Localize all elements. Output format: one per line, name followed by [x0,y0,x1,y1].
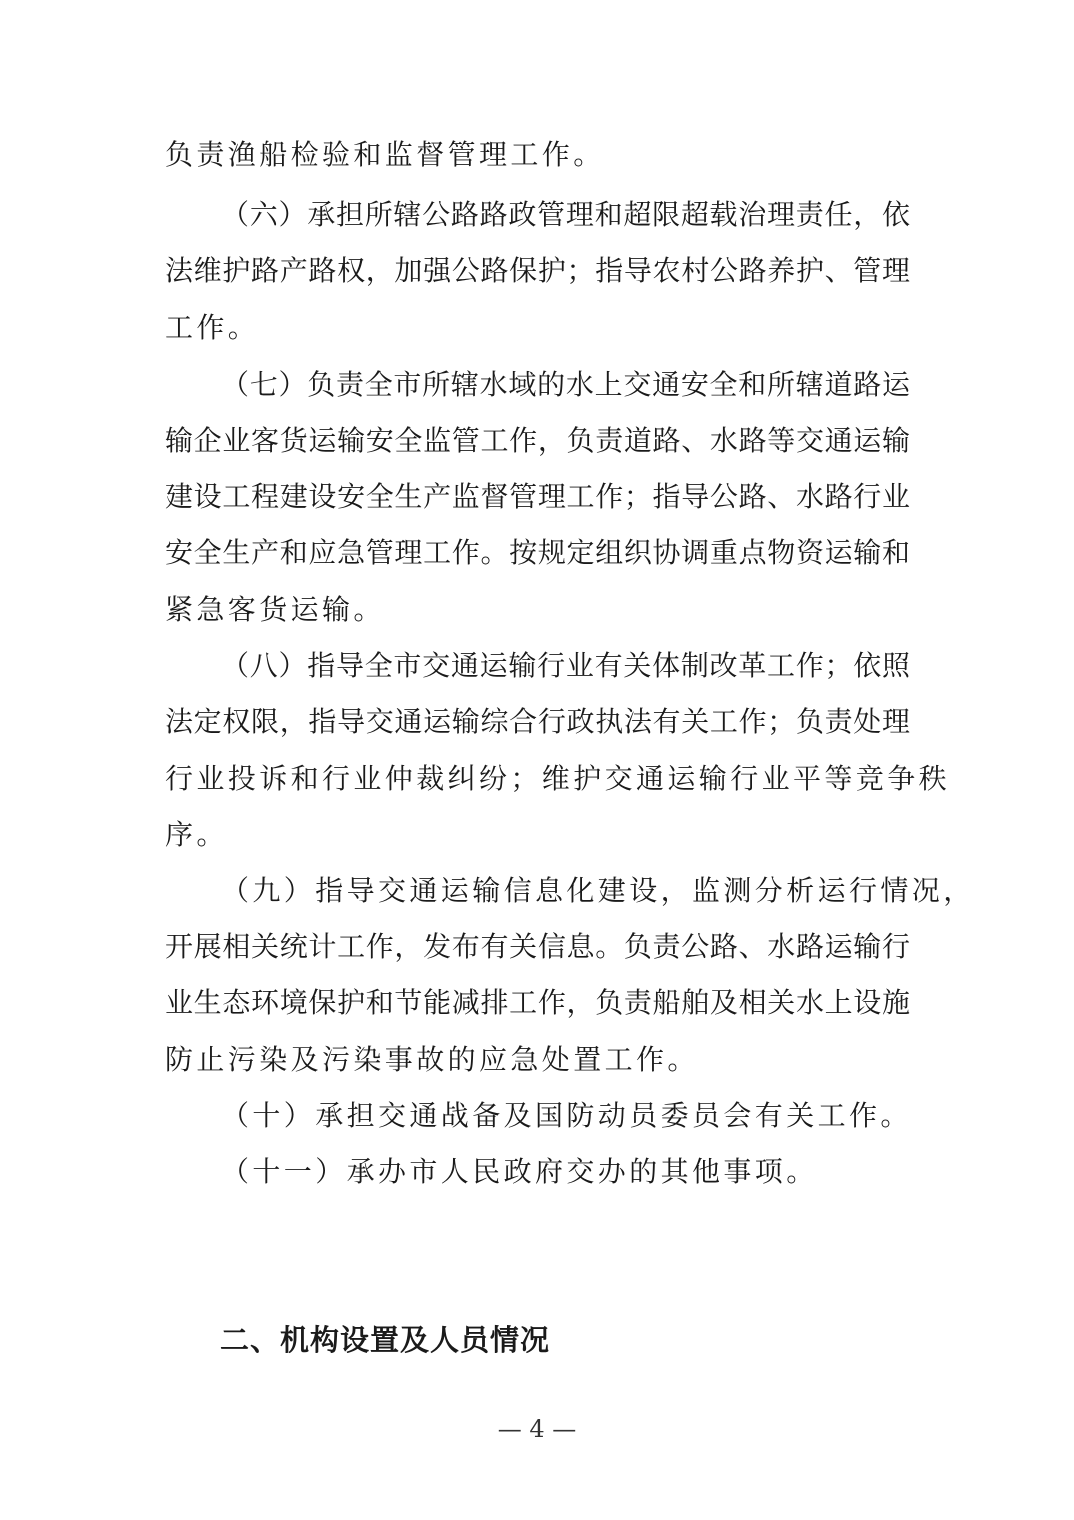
text-line: 开展相关统计工作，发布有关信息。负责公路、水路运输行 [165,929,910,965]
text-line: 序。 [165,817,910,853]
text-line: 防止污染及污染事故的应急处置工作。 [165,1042,910,1078]
text-line: 行业投诉和行业仲裁纠纷；维护交通运输行业平等竞争秩 [165,761,910,797]
text-line: 法维护路产路权，加强公路保护；指导农村公路养护、管理 [165,253,910,289]
text-line: 建设工程建设安全生产监督管理工作；指导公路、水路行业 [165,479,910,515]
text-line: 安全生产和应急管理工作。按规定组织协调重点物资运输和 [165,535,910,571]
section-heading: 二、机构设置及人员情况 [220,1322,550,1358]
text-line: （十一）承办市人民政府交办的其他事项。 [221,1154,910,1190]
text-line: 紧急客货运输。 [165,592,910,628]
text-line: 业生态环境保护和节能减排工作，负责船舶及相关水上设施 [165,985,910,1021]
text-line: （七）负责全市所辖水域的水上交通安全和所辖道路运 [221,367,910,403]
page-number: — 4 — [0,1414,1074,1444]
text-line: （十）承担交通战备及国防动员委员会有关工作。 [221,1098,910,1134]
text-line: （八）指导全市交通运输行业有关体制改革工作；依照 [221,648,910,684]
text-line: （九）指导交通运输信息化建设，监测分析运行情况， [221,873,910,909]
text-line: 输企业客货运输安全监管工作，负责道路、水路等交通运输 [165,423,910,459]
text-line: （六）承担所辖公路路政管理和超限超载治理责任，依 [221,197,910,233]
text-line: 负责渔船检验和监督管理工作。 [165,137,910,173]
text-line: 法定权限，指导交通运输综合行政执法有关工作；负责处理 [165,704,910,740]
text-line: 工作。 [165,310,910,346]
